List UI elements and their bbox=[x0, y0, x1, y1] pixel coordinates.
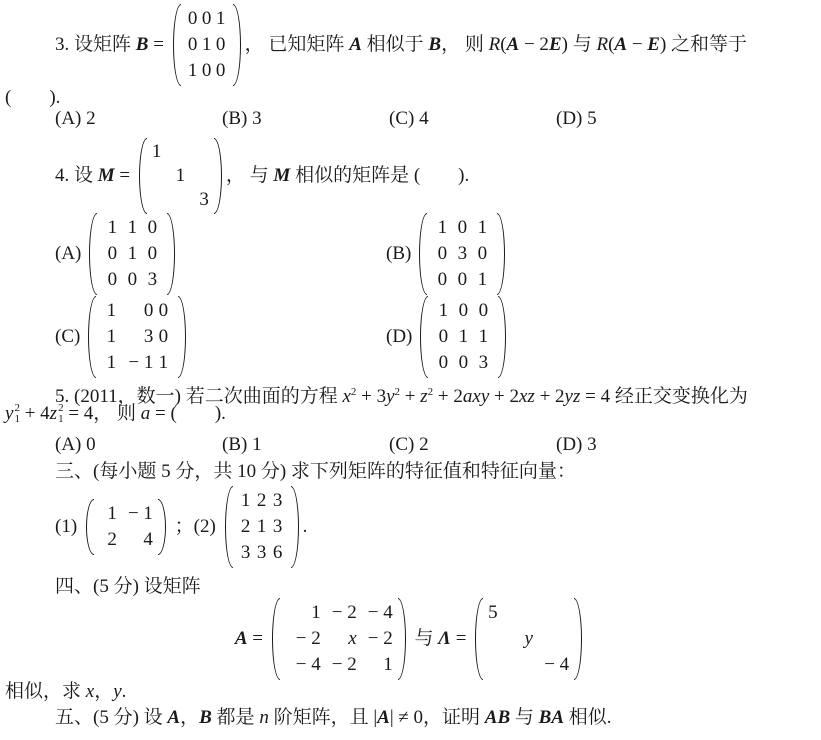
section-3-matrix-1: 1− 124 bbox=[86, 499, 166, 555]
q4-option-d-label: (D) bbox=[386, 326, 412, 348]
text-segment: − bbox=[627, 34, 647, 55]
q4-option-c-matrix-body: 1001301− 11 bbox=[96, 296, 178, 378]
section-4-tail: 相似，求 x，y. bbox=[5, 681, 126, 703]
matrix-M-body: 113 bbox=[147, 138, 214, 214]
right-paren-icon bbox=[498, 296, 506, 378]
matrix-cell: 0 bbox=[433, 352, 453, 374]
text-segment: x bbox=[86, 681, 94, 702]
matrix-cell: y bbox=[515, 628, 542, 650]
text-segment: M bbox=[98, 165, 115, 186]
matrix-cell: 5 bbox=[488, 602, 515, 624]
question-3-answer-blank: ( ). bbox=[5, 87, 60, 109]
text-segment: x bbox=[342, 386, 350, 407]
text-segment: A bbox=[507, 34, 520, 55]
right-paren-icon bbox=[398, 598, 406, 680]
q5-option-a: (A) 0 bbox=[55, 434, 222, 456]
matrix-row: 1 bbox=[152, 140, 209, 164]
text-segment: ， 则 bbox=[441, 34, 489, 55]
text-segment: (1) bbox=[55, 516, 82, 537]
text-segment: 相似于 bbox=[362, 34, 429, 55]
matrix-cell: 0 bbox=[122, 269, 142, 291]
text-segment: n bbox=[259, 707, 269, 728]
matrix-cell: 1 bbox=[254, 516, 270, 538]
right-paren-icon bbox=[291, 486, 299, 568]
section-4-eq-mid: 与 Λ = bbox=[410, 628, 471, 650]
text-segment: y bbox=[113, 681, 121, 702]
matrix-row: 003 bbox=[433, 350, 493, 376]
sup-sub-term: z21 bbox=[50, 403, 64, 425]
right-paren-icon bbox=[574, 598, 582, 680]
text-segment: = bbox=[115, 165, 135, 186]
matrix-cell: 1 bbox=[472, 217, 492, 239]
matrix-cell: 1 bbox=[122, 217, 142, 239]
matrix-cell: 1 bbox=[433, 300, 453, 322]
q3-option-d: (D) 5 bbox=[556, 108, 723, 130]
question-3-lead: 3. 设矩阵 B = bbox=[55, 34, 169, 56]
matrix-cell: − 2 bbox=[321, 654, 357, 676]
matrix-cell: 3 bbox=[238, 542, 254, 564]
matrix-cell: − 2 bbox=[285, 628, 321, 650]
matrix-cell: 2 bbox=[238, 516, 254, 538]
matrix-row: 110 bbox=[102, 215, 162, 241]
text-segment: . bbox=[122, 681, 127, 702]
q4-option-b-label: (B) bbox=[386, 243, 411, 265]
question-5-options: (A) 0 (B) 1 (C) 2 (D) 3 bbox=[55, 434, 723, 456]
text-segment: ) 与 bbox=[562, 34, 597, 55]
text-segment: R bbox=[596, 34, 608, 55]
text-segment: axy bbox=[463, 386, 489, 407]
exam-document-page: 3. 设矩阵 B = 001010100 ， 已知矩阵 A 相似于 B， 则 R… bbox=[0, 0, 821, 740]
q5-option-d: (D) 3 bbox=[556, 434, 723, 456]
section-3-item1-label: (1) bbox=[55, 516, 82, 538]
matrix-row: 5 bbox=[488, 600, 569, 626]
matrix-cell: 3 bbox=[473, 352, 493, 374]
matrix-cell: 4 bbox=[117, 529, 153, 551]
text-segment: = 4， 则 bbox=[64, 403, 141, 424]
question-4-line: 4. 设 M = 113 ， 与 M 相似的矩阵是 ( ). bbox=[55, 138, 469, 214]
left-paren-icon bbox=[272, 598, 280, 680]
text-segment: 3. 设矩阵 bbox=[55, 34, 136, 55]
right-paren-icon bbox=[158, 499, 166, 555]
sup-sub-term: y21 bbox=[5, 403, 20, 425]
text-segment: B bbox=[136, 34, 149, 55]
text-segment: A bbox=[377, 707, 390, 728]
section-3-period: . bbox=[303, 516, 308, 538]
text-segment: R bbox=[489, 34, 501, 55]
section-3-matrix-1-body: 1− 124 bbox=[94, 499, 158, 555]
question-5-line-2: y21 + 4z21 = 4， 则 a = ( ). bbox=[5, 403, 226, 425]
matrix-cell: 0 bbox=[452, 217, 472, 239]
left-paren-icon bbox=[139, 138, 147, 214]
matrix-cell: 3 bbox=[142, 269, 162, 291]
text-segment: ) 之和等于 bbox=[660, 34, 747, 55]
text-segment: 相似，求 bbox=[5, 681, 86, 702]
matrix-cell: 0 bbox=[432, 243, 452, 265]
text-segment: 与 bbox=[510, 707, 539, 728]
matrix-row: 010 bbox=[102, 241, 162, 267]
matrix-cell: 0 bbox=[432, 269, 452, 291]
text-segment: + 2 bbox=[489, 386, 519, 407]
matrix-cell: 0 bbox=[200, 8, 214, 30]
text-segment: B bbox=[199, 707, 212, 728]
matrix-row: 213 bbox=[238, 514, 286, 540]
matrix-row: 001 bbox=[186, 6, 228, 32]
text-segment: + 4 bbox=[20, 403, 50, 424]
matrix-cell: x bbox=[321, 628, 357, 650]
matrix-cell: 1 bbox=[152, 141, 171, 163]
text-segment: y bbox=[386, 386, 394, 407]
section-5-line: 五、(5 分) 设 A，B 都是 n 阶矩阵，且 |A| ≠ 0，证明 AB 与… bbox=[55, 707, 612, 729]
text-segment: A bbox=[235, 628, 248, 649]
section-3-matrix-2-body: 123213336 bbox=[233, 486, 291, 568]
matrix-cell: 3 bbox=[452, 243, 472, 265]
matrix-cell: 0 bbox=[121, 300, 153, 322]
matrix-cell: 1 bbox=[153, 352, 173, 374]
question-3-tail: ， 已知矩阵 A 相似于 B， 则 R(A − 2E) 与 R(A − E) 之… bbox=[245, 34, 747, 56]
left-paren-icon bbox=[420, 296, 428, 378]
matrix-cell: − 2 bbox=[321, 602, 357, 624]
q4-option-a-matrix: 110010003 bbox=[89, 213, 175, 295]
text-segment: + 2 bbox=[433, 386, 463, 407]
matrix-cell: 1 bbox=[432, 217, 452, 239]
matrix-A-body: 1− 2− 4− 2x− 2− 4− 21 bbox=[280, 598, 398, 680]
q3-option-c: (C) 4 bbox=[389, 108, 556, 130]
matrix-cell: 3 bbox=[190, 189, 209, 211]
q3-option-a: (A) 2 bbox=[55, 108, 222, 130]
q3-option-b: (B) 3 bbox=[222, 108, 389, 130]
matrix-cell: 1 bbox=[214, 8, 228, 30]
text-segment: = bbox=[248, 628, 268, 649]
matrix-cell: 1 bbox=[453, 326, 473, 348]
text-segment: 都是 bbox=[212, 707, 260, 728]
question-3-options: (A) 2 (B) 3 (C) 4 (D) 5 bbox=[55, 108, 723, 130]
matrix-row: 1 bbox=[152, 164, 209, 188]
matrix-cell: 3 bbox=[270, 516, 286, 538]
text-segment: 相似. bbox=[564, 707, 612, 728]
matrix-cell: 0 bbox=[142, 243, 162, 265]
q4-option-c-label: (C) bbox=[55, 326, 80, 348]
matrix-cell: 0 bbox=[142, 217, 162, 239]
right-paren-icon bbox=[214, 138, 222, 214]
right-paren-icon bbox=[167, 213, 175, 295]
matrix-cell: 1 bbox=[200, 34, 214, 56]
text-segment: a bbox=[141, 403, 151, 424]
q4-option-b-matrix-body: 101030001 bbox=[427, 213, 497, 295]
left-paren-icon bbox=[89, 213, 97, 295]
matrix-cell: 0 bbox=[186, 34, 200, 56]
q5-option-c: (C) 2 bbox=[389, 434, 556, 456]
q4-option-c: (C) 1001301− 11 bbox=[55, 296, 190, 378]
matrix-cell: 0 bbox=[472, 243, 492, 265]
matrix-cell: 0 bbox=[153, 300, 173, 322]
question-4-tail: ， 与 M 相似的矩阵是 ( ). bbox=[226, 165, 469, 187]
matrix-row: 101 bbox=[432, 215, 492, 241]
text-segment: ， 已知矩阵 bbox=[245, 34, 350, 55]
matrix-cell: 1 bbox=[186, 60, 200, 82]
section-4-eq-lead: A = bbox=[235, 628, 268, 650]
question-4-lead: 4. 设 M = bbox=[55, 165, 135, 187]
text-segment: = bbox=[451, 628, 471, 649]
matrix-cell: 0 bbox=[200, 60, 214, 82]
left-paren-icon bbox=[419, 213, 427, 295]
matrix-cell: 2 bbox=[254, 490, 270, 512]
matrix-row: y bbox=[488, 626, 569, 652]
left-paren-icon bbox=[475, 598, 483, 680]
text-segment: A bbox=[349, 34, 362, 55]
matrix-cell: 1 bbox=[473, 326, 493, 348]
q4-option-d: (D) 100011003 bbox=[386, 296, 510, 378]
q4-option-d-matrix: 100011003 bbox=[420, 296, 506, 378]
matrix-cell: 1 bbox=[171, 165, 190, 187]
text-segment: | ≠ 0，证明 bbox=[390, 707, 485, 728]
text-segment: 4. 设 bbox=[55, 165, 98, 186]
right-paren-icon bbox=[497, 213, 505, 295]
matrix-row: 003 bbox=[102, 267, 162, 293]
matrix-B-body: 001010100 bbox=[181, 4, 233, 86]
matrix-row: 001 bbox=[432, 267, 492, 293]
matrix-cell: − 4 bbox=[285, 654, 321, 676]
section-3-item2-label: ；(2) bbox=[170, 516, 221, 538]
text-segment: ， bbox=[180, 707, 199, 728]
matrix-cell: 0 bbox=[214, 60, 228, 82]
matrix-row: 3 bbox=[152, 188, 209, 212]
matrix-row: 336 bbox=[238, 540, 286, 566]
left-paren-icon bbox=[86, 499, 94, 555]
matrix-cell: 0 bbox=[153, 326, 173, 348]
matrix-cell: − 4 bbox=[357, 602, 393, 624]
text-segment: + 3 bbox=[356, 386, 386, 407]
q4-option-a: (A) 110010003 bbox=[55, 213, 179, 295]
matrix-M: 113 bbox=[139, 138, 222, 214]
text-segment: = ( ). bbox=[150, 403, 226, 424]
text-segment: ， 与 bbox=[226, 165, 274, 186]
text-segment: B bbox=[428, 34, 441, 55]
matrix-row: − 4 bbox=[488, 652, 569, 678]
q5-option-b: (B) 1 bbox=[222, 434, 389, 456]
text-segment: 阶矩阵，且 | bbox=[269, 707, 377, 728]
matrix-row: 030 bbox=[432, 241, 492, 267]
matrix-cell: 0 bbox=[214, 34, 228, 56]
matrix-row: − 2x− 2 bbox=[285, 626, 393, 652]
text-segment: A bbox=[167, 707, 180, 728]
text-segment: E bbox=[549, 34, 562, 55]
matrix-cell: 2 bbox=[99, 529, 117, 551]
matrix-row: 24 bbox=[99, 527, 153, 553]
section-4-equation: A = 1− 2− 4− 2x− 2− 4− 21 与 Λ = 5y− 4 bbox=[0, 598, 821, 680]
q4-option-b: (B) 101030001 bbox=[386, 213, 509, 295]
matrix-row: 100 bbox=[101, 298, 173, 324]
text-segment: z bbox=[420, 386, 427, 407]
matrix-cell: 1 bbox=[101, 352, 121, 374]
text-segment: ， bbox=[94, 681, 113, 702]
matrix-cell: − 2 bbox=[357, 628, 393, 650]
text-segment: = bbox=[148, 34, 168, 55]
right-paren-icon bbox=[233, 4, 241, 86]
section-3-heading: 三、(每小题 5 分，共 10 分) 求下列矩阵的特征值和特征向量： bbox=[55, 461, 576, 483]
text-segment: + bbox=[400, 386, 420, 407]
matrix-row: 1− 2− 4 bbox=[285, 600, 393, 626]
text-segment: ；(2) bbox=[170, 516, 221, 537]
text-segment: E bbox=[647, 34, 660, 55]
text-segment: = 4 经正交变换化为 bbox=[580, 386, 747, 407]
section-3-items: (1) 1− 124 ；(2) 123213336 . bbox=[55, 486, 307, 568]
section-3-matrix-2: 123213336 bbox=[225, 486, 299, 568]
text-segment: yz bbox=[565, 386, 581, 407]
matrix-cell: 6 bbox=[270, 542, 286, 564]
matrix-row: − 4− 21 bbox=[285, 652, 393, 678]
matrix-cell: 1 bbox=[99, 503, 117, 525]
matrix-cell: 3 bbox=[270, 490, 286, 512]
matrix-cell: 0 bbox=[453, 352, 473, 374]
text-segment: A bbox=[614, 34, 627, 55]
left-paren-icon bbox=[173, 4, 181, 86]
matrix-cell: − 1 bbox=[117, 503, 153, 525]
matrix-row: 123 bbox=[238, 488, 286, 514]
text-segment: Λ bbox=[438, 628, 451, 649]
matrix-row: 100 bbox=[433, 298, 493, 324]
matrix-cell: 0 bbox=[433, 326, 453, 348]
text-segment: 五、(5 分) 设 bbox=[55, 707, 167, 728]
q4-option-b-matrix: 101030001 bbox=[419, 213, 505, 295]
matrix-cell: 1 bbox=[238, 490, 254, 512]
matrix-row: 130 bbox=[101, 324, 173, 350]
q4-option-a-label: (A) bbox=[55, 243, 81, 265]
question-3-line: 3. 设矩阵 B = 001010100 ， 已知矩阵 A 相似于 B， 则 R… bbox=[55, 4, 747, 86]
matrix-cell: 3 bbox=[121, 326, 153, 348]
matrix-cell: 0 bbox=[186, 8, 200, 30]
matrix-row: 1− 1 bbox=[99, 501, 153, 527]
matrix-cell: 0 bbox=[453, 300, 473, 322]
matrix-Lambda-body: 5y− 4 bbox=[483, 598, 574, 680]
section-4-heading: 四、(5 分) 设矩阵 bbox=[55, 576, 201, 598]
text-segment: 相似的矩阵是 ( ). bbox=[290, 165, 469, 186]
text-segment: − 2 bbox=[519, 34, 549, 55]
left-paren-icon bbox=[225, 486, 233, 568]
matrix-cell: 1 bbox=[102, 217, 122, 239]
matrix-cell: 1 bbox=[472, 269, 492, 291]
matrix-cell: − 1 bbox=[121, 352, 153, 374]
matrix-row: 100 bbox=[186, 58, 228, 84]
matrix-cell: 1 bbox=[122, 243, 142, 265]
text-segment: M bbox=[273, 165, 290, 186]
matrix-cell: 0 bbox=[102, 243, 122, 265]
matrix-cell: 1 bbox=[101, 326, 121, 348]
matrix-cell: 3 bbox=[254, 542, 270, 564]
matrix-Lambda: 5y− 4 bbox=[475, 598, 582, 680]
text-segment: BA bbox=[539, 707, 564, 728]
right-paren-icon bbox=[178, 296, 186, 378]
text-segment: + 2 bbox=[535, 386, 565, 407]
matrix-cell: 0 bbox=[473, 300, 493, 322]
matrix-cell: 0 bbox=[102, 269, 122, 291]
matrix-A: 1− 2− 4− 2x− 2− 4− 21 bbox=[272, 598, 406, 680]
matrix-cell: 1 bbox=[101, 300, 121, 322]
matrix-row: 1− 11 bbox=[101, 350, 173, 376]
text-segment: xz bbox=[519, 386, 535, 407]
matrix-cell: − 4 bbox=[542, 654, 569, 676]
q4-option-a-matrix-body: 110010003 bbox=[97, 213, 167, 295]
matrix-cell: 1 bbox=[285, 602, 321, 624]
text-segment: AB bbox=[485, 707, 510, 728]
matrix-row: 010 bbox=[186, 32, 228, 58]
text-segment: 与 bbox=[410, 628, 439, 649]
left-paren-icon bbox=[88, 296, 96, 378]
q4-option-d-matrix-body: 100011003 bbox=[428, 296, 498, 378]
matrix-B: 001010100 bbox=[173, 4, 241, 86]
text-segment: . bbox=[303, 516, 308, 537]
q4-option-c-matrix: 1001301− 11 bbox=[88, 296, 186, 378]
matrix-cell: 0 bbox=[452, 269, 472, 291]
matrix-cell: 1 bbox=[357, 654, 393, 676]
matrix-row: 011 bbox=[433, 324, 493, 350]
